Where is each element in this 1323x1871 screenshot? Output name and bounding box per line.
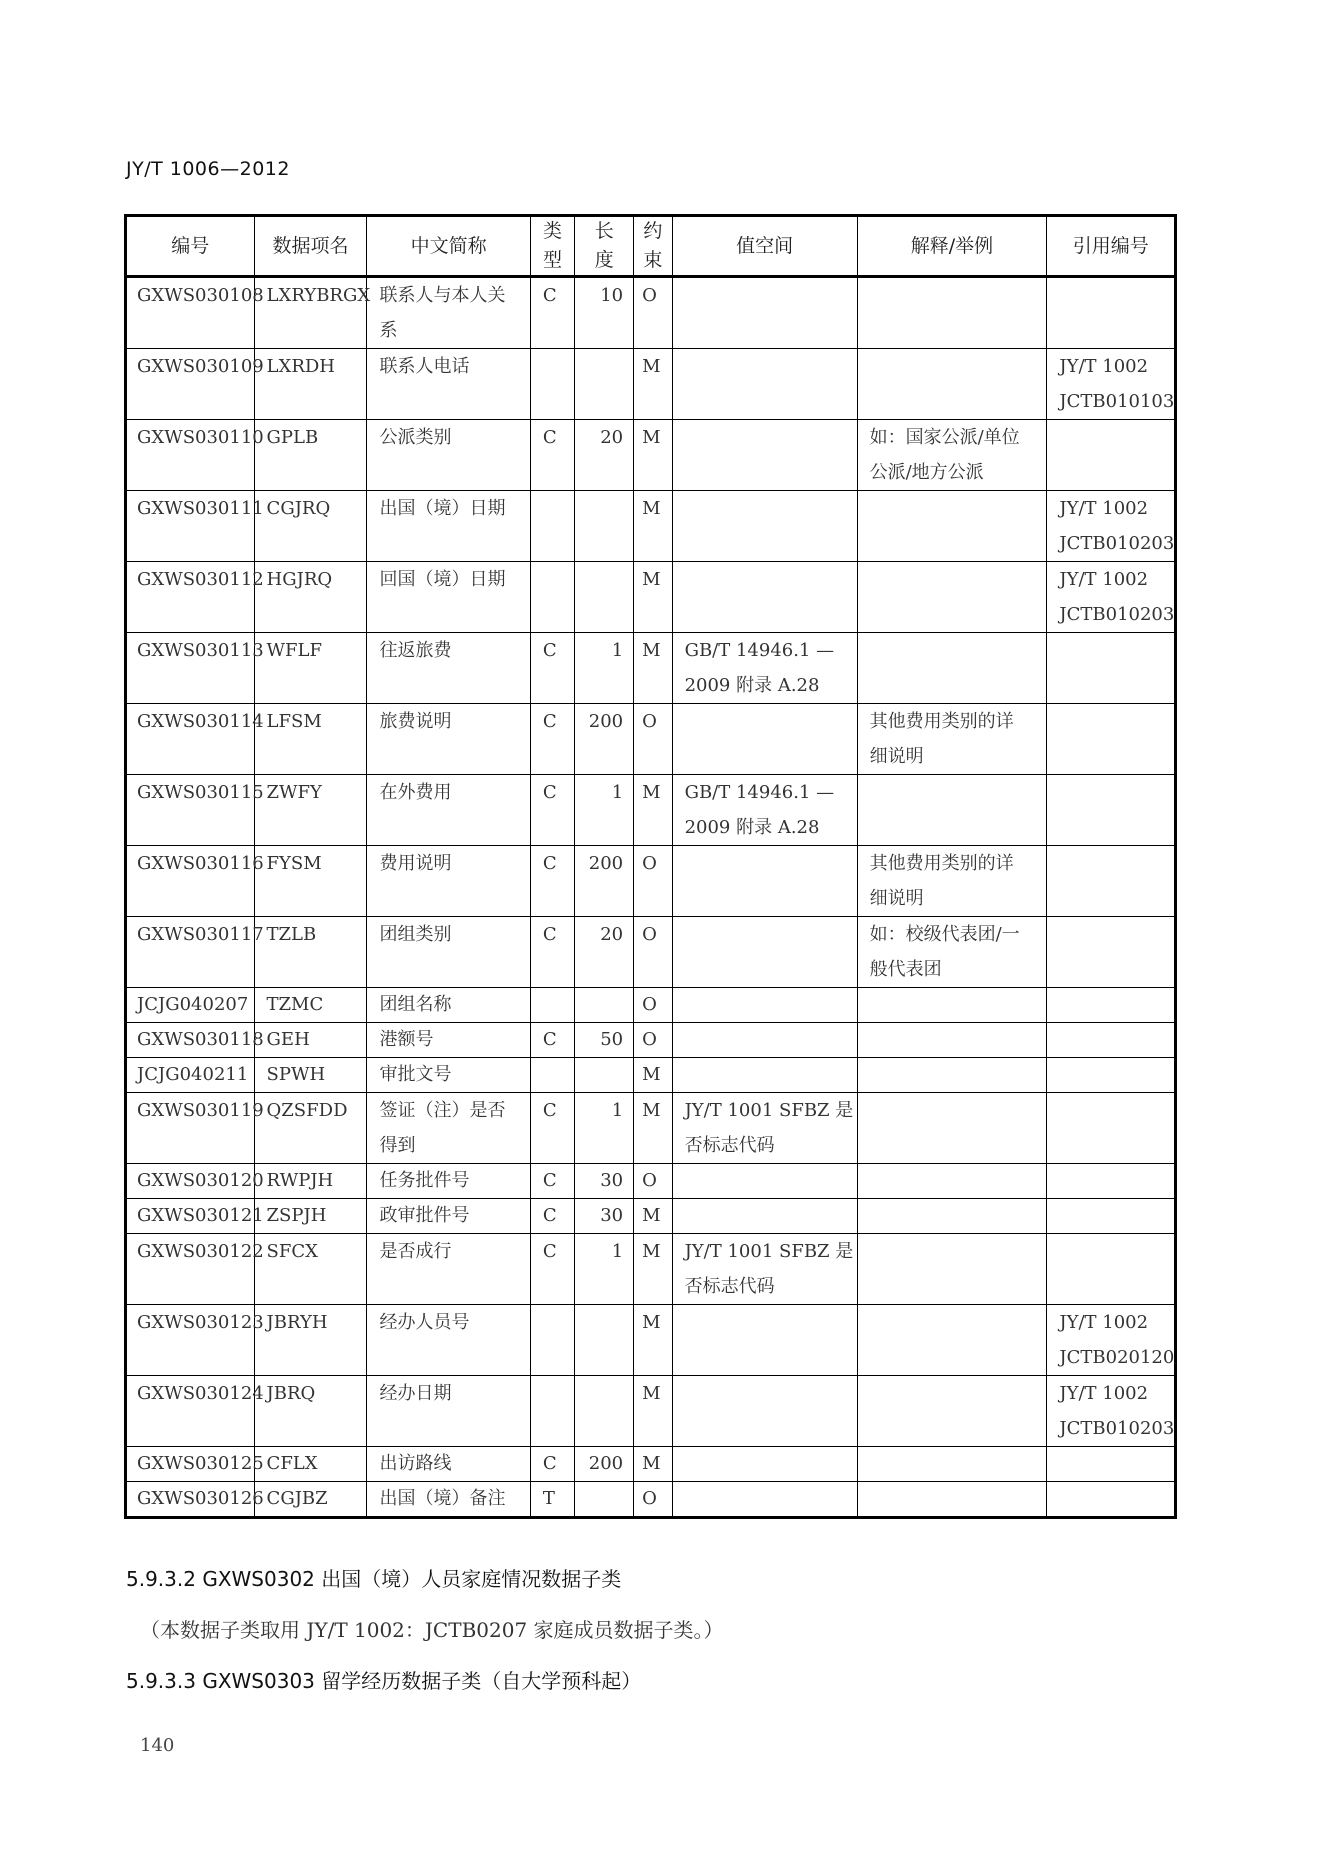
cell-constraint-text: M <box>642 1199 671 1232</box>
table-row: GXWS030115ZWFY在外费用C1MGB/T 14946.1 — 2009… <box>126 775 1176 846</box>
cell-item-name: SFCX <box>254 1234 367 1305</box>
cell-chinese-name: 在外费用 <box>367 775 530 846</box>
cell-length <box>575 562 634 633</box>
cell-type-text: C <box>543 1234 574 1269</box>
cell-code: GXWS030119 <box>126 1093 255 1164</box>
cell-explanation <box>857 775 1047 846</box>
cell-type-text: C <box>543 775 574 810</box>
table-row: GXWS030109LXRDH联系人电话MJY/T 1002 JCTB01010… <box>126 349 1176 420</box>
cell-type-text: C <box>543 1199 574 1232</box>
cell-length-text: 200 <box>575 704 623 739</box>
cell-reference <box>1047 1023 1176 1058</box>
cell-chinese-name-text: 费用说明 <box>379 846 529 881</box>
cell-code: GXWS030120 <box>126 1164 255 1199</box>
table-row: GXWS030108LXRYBRGX联系人与本人关 系C10O <box>126 277 1176 349</box>
cell-constraint: M <box>634 775 672 846</box>
cell-constraint: O <box>634 988 672 1023</box>
cell-value-space <box>672 420 857 491</box>
cell-constraint: O <box>634 277 672 349</box>
cell-reference: JY/T 1002 JCTB010103 <box>1047 349 1176 420</box>
cell-value-space: JY/T 1001 SFBZ 是 否标志代码 <box>672 1093 857 1164</box>
table-row: JCJG040211SPWH审批文号M <box>126 1058 1176 1093</box>
page-number: 140 <box>140 1735 174 1756</box>
table-row: GXWS030126CGJBZ出国（境）备注TO <box>126 1482 1176 1518</box>
cell-reference <box>1047 775 1176 846</box>
cell-chinese-name: 联系人与本人关 系 <box>367 277 530 349</box>
cell-item-name: RWPJH <box>254 1164 367 1199</box>
cell-code: GXWS030117 <box>126 917 255 988</box>
cell-item-name-text: LXRYBRGX <box>267 278 367 313</box>
cell-code: GXWS030125 <box>126 1447 255 1482</box>
cell-chinese-name: 出国（境）备注 <box>367 1482 530 1518</box>
cell-item-name: GEH <box>254 1023 367 1058</box>
cell-chinese-name-text: 联系人电话 <box>379 349 529 384</box>
cell-value-space <box>672 1164 857 1199</box>
cell-explanation <box>857 1482 1047 1518</box>
cell-chinese-name-text: 审批文号 <box>379 1058 529 1091</box>
cell-code-text: GXWS030121 <box>137 1199 254 1232</box>
cell-reference-text: JY/T 1002 JCTB010103 <box>1059 349 1174 419</box>
cell-chinese-name-text: 公派类别 <box>379 420 529 455</box>
cell-chinese-name-text: 旅费说明 <box>379 704 529 739</box>
cell-reference <box>1047 633 1176 704</box>
cell-type-text: C <box>543 1093 574 1128</box>
cell-constraint-text: M <box>642 1093 671 1128</box>
cell-constraint: O <box>634 1482 672 1518</box>
table-row: GXWS030110GPLB公派类别C20M如：国家公派/单位 公派/地方公派 <box>126 420 1176 491</box>
col-header-chinese-name: 中文简称 <box>367 216 530 277</box>
cell-reference-text: JY/T 1002 JCTB010203 <box>1059 1376 1174 1446</box>
cell-constraint: M <box>634 1234 672 1305</box>
cell-value-space: GB/T 14946.1 — 2009 附录 A.28 <box>672 633 857 704</box>
cell-item-name: ZWFY <box>254 775 367 846</box>
cell-value-space: JY/T 1001 SFBZ 是 否标志代码 <box>672 1234 857 1305</box>
cell-constraint: M <box>634 562 672 633</box>
cell-constraint: O <box>634 917 672 988</box>
cell-constraint-text: M <box>642 1058 671 1091</box>
cell-constraint: O <box>634 1023 672 1058</box>
cell-item-name: LXRDH <box>254 349 367 420</box>
cell-code-text: GXWS030113 <box>137 633 254 668</box>
cell-type-text: T <box>543 1482 574 1515</box>
cell-item-name-text: WFLF <box>267 633 367 668</box>
cell-constraint: O <box>634 1164 672 1199</box>
cell-value-space <box>672 917 857 988</box>
cell-value-space-text: GB/T 14946.1 — 2009 附录 A.28 <box>685 775 857 845</box>
cell-item-name: LFSM <box>254 704 367 775</box>
cell-length: 1 <box>575 1093 634 1164</box>
cell-reference <box>1047 1164 1176 1199</box>
cell-code-text: GXWS030116 <box>137 846 254 881</box>
cell-length: 200 <box>575 846 634 917</box>
cell-value-space <box>672 277 857 349</box>
col-header-code: 编号 <box>126 216 255 277</box>
cell-chinese-name-text: 往返旅费 <box>379 633 529 668</box>
cell-value-space <box>672 846 857 917</box>
col-header-reference: 引用编号 <box>1047 216 1176 277</box>
cell-code-text: GXWS030114 <box>137 704 254 739</box>
cell-length: 20 <box>575 420 634 491</box>
cell-length-text: 1 <box>575 633 623 668</box>
cell-constraint-text: M <box>642 491 671 526</box>
cell-item-name: LXRYBRGX <box>254 277 367 349</box>
cell-item-name-text: QZSFDD <box>267 1093 367 1128</box>
table-row: GXWS030118GEH港额号C50O <box>126 1023 1176 1058</box>
cell-constraint-text: O <box>642 846 671 881</box>
cell-item-name: ZSPJH <box>254 1199 367 1234</box>
cell-code-text: GXWS030117 <box>137 917 254 952</box>
cell-constraint-text: O <box>642 988 671 1021</box>
cell-type: C <box>530 633 574 704</box>
cell-item-name: TZLB <box>254 917 367 988</box>
cell-type: C <box>530 1164 574 1199</box>
cell-type <box>530 562 574 633</box>
cell-explanation <box>857 633 1047 704</box>
cell-length-text: 1 <box>575 775 623 810</box>
cell-code: GXWS030112 <box>126 562 255 633</box>
cell-type <box>530 349 574 420</box>
cell-explanation-text: 其他费用类别的详 细说明 <box>870 704 1047 774</box>
cell-chinese-name: 费用说明 <box>367 846 530 917</box>
cell-length: 200 <box>575 704 634 775</box>
cell-code: GXWS030122 <box>126 1234 255 1305</box>
cell-length <box>575 349 634 420</box>
cell-type: C <box>530 1234 574 1305</box>
cell-type-text: C <box>543 1023 574 1056</box>
cell-code: GXWS030115 <box>126 775 255 846</box>
cell-length: 30 <box>575 1164 634 1199</box>
cell-reference <box>1047 917 1176 988</box>
cell-value-space: GB/T 14946.1 — 2009 附录 A.28 <box>672 775 857 846</box>
cell-reference <box>1047 988 1176 1023</box>
cell-chinese-name-text: 签证（注）是否 得到 <box>379 1093 529 1163</box>
table-row: JCJG040207TZMC团组名称O <box>126 988 1176 1023</box>
cell-item-name-text: RWPJH <box>267 1164 367 1197</box>
cell-reference <box>1047 277 1176 349</box>
cell-item-name-text: GPLB <box>267 420 367 455</box>
cell-chinese-name: 政审批件号 <box>367 1199 530 1234</box>
cell-explanation <box>857 1234 1047 1305</box>
cell-length: 1 <box>575 633 634 704</box>
cell-reference-text: JY/T 1002 JCTB010203 <box>1059 491 1174 561</box>
cell-chinese-name-text: 出国（境）日期 <box>379 491 529 526</box>
cell-code-text: GXWS030126 <box>137 1482 254 1515</box>
cell-code-text: GXWS030123 <box>137 1305 254 1340</box>
cell-length-text: 20 <box>575 420 623 455</box>
cell-item-name: CGJRQ <box>254 491 367 562</box>
cell-value-space-text: GB/T 14946.1 — 2009 附录 A.28 <box>685 633 857 703</box>
cell-value-space <box>672 1305 857 1376</box>
cell-value-space <box>672 491 857 562</box>
cell-constraint: M <box>634 1199 672 1234</box>
cell-chinese-name-text: 出访路线 <box>379 1447 529 1480</box>
cell-chinese-name: 港额号 <box>367 1023 530 1058</box>
cell-code: JCJG040207 <box>126 988 255 1023</box>
col-header-item-name: 数据项名 <box>254 216 367 277</box>
cell-chinese-name: 联系人电话 <box>367 349 530 420</box>
cell-chinese-name: 团组类别 <box>367 917 530 988</box>
cell-item-name: QZSFDD <box>254 1093 367 1164</box>
cell-chinese-name-text: 港额号 <box>379 1023 529 1056</box>
cell-type: C <box>530 1023 574 1058</box>
cell-chinese-name: 公派类别 <box>367 420 530 491</box>
cell-value-space <box>672 349 857 420</box>
cell-type: C <box>530 1199 574 1234</box>
col-header-explanation: 解释/举例 <box>857 216 1047 277</box>
cell-code: GXWS030124 <box>126 1376 255 1447</box>
cell-explanation: 如：校级代表团/一 般代表团 <box>857 917 1047 988</box>
cell-item-name: SPWH <box>254 1058 367 1093</box>
cell-code-text: GXWS030111 <box>137 491 254 526</box>
cell-chinese-name-text: 回国（境）日期 <box>379 562 529 597</box>
table-row: GXWS030121ZSPJH政审批件号C30M <box>126 1199 1176 1234</box>
section-heading-5-9-3-3: 5.9.3.3 GXWS0303 留学经历数据子类（自大学预科起） <box>126 1665 641 1694</box>
cell-length: 10 <box>575 277 634 349</box>
cell-explanation <box>857 349 1047 420</box>
cell-reference <box>1047 1447 1176 1482</box>
cell-chinese-name-text: 出国（境）备注 <box>379 1482 529 1515</box>
cell-code-text: GXWS030124 <box>137 1376 254 1411</box>
cell-length <box>575 491 634 562</box>
cell-value-space <box>672 1023 857 1058</box>
cell-code-text: GXWS030109 <box>137 349 254 384</box>
cell-item-name: HGJRQ <box>254 562 367 633</box>
cell-type: C <box>530 846 574 917</box>
cell-item-name-text: CGJRQ <box>267 491 367 526</box>
cell-item-name-text: HGJRQ <box>267 562 367 597</box>
cell-item-name: FYSM <box>254 846 367 917</box>
cell-code: GXWS030113 <box>126 633 255 704</box>
cell-item-name-text: LXRDH <box>267 349 367 384</box>
table-row: GXWS030113WFLF往返旅费C1MGB/T 14946.1 — 2009… <box>126 633 1176 704</box>
table-row: GXWS030111CGJRQ出国（境）日期MJY/T 1002 JCTB010… <box>126 491 1176 562</box>
cell-chinese-name: 回国（境）日期 <box>367 562 530 633</box>
cell-item-name-text: CGJBZ <box>267 1482 367 1515</box>
cell-explanation <box>857 562 1047 633</box>
cell-code: GXWS030114 <box>126 704 255 775</box>
cell-reference <box>1047 420 1176 491</box>
cell-length: 200 <box>575 1447 634 1482</box>
cell-constraint-text: M <box>642 1376 671 1411</box>
cell-chinese-name-text: 团组名称 <box>379 988 529 1021</box>
cell-length-text: 30 <box>575 1164 623 1197</box>
cell-item-name-text: ZSPJH <box>267 1199 367 1232</box>
cell-constraint: M <box>634 1376 672 1447</box>
cell-reference-text: JY/T 1002 JCTB010203 <box>1059 562 1174 632</box>
cell-reference: JY/T 1002 JCTB010203 <box>1047 562 1176 633</box>
cell-code: GXWS030118 <box>126 1023 255 1058</box>
cell-reference <box>1047 1234 1176 1305</box>
cell-length: 30 <box>575 1199 634 1234</box>
cell-item-name-text: TZLB <box>267 917 367 952</box>
cell-chinese-name: 往返旅费 <box>367 633 530 704</box>
cell-code: GXWS030111 <box>126 491 255 562</box>
cell-explanation <box>857 1164 1047 1199</box>
section-heading-5-9-3-2: 5.9.3.2 GXWS0302 出国（境）人员家庭情况数据子类 <box>126 1563 621 1592</box>
col-header-value-space: 值空间 <box>672 216 857 277</box>
cell-code-text: GXWS030119 <box>137 1093 254 1128</box>
cell-constraint-text: M <box>642 1305 671 1340</box>
cell-explanation: 其他费用类别的详 细说明 <box>857 704 1047 775</box>
cell-constraint-text: M <box>642 1447 671 1480</box>
cell-type: C <box>530 704 574 775</box>
cell-length-text: 200 <box>575 846 623 881</box>
cell-explanation <box>857 1199 1047 1234</box>
cell-constraint-text: M <box>642 775 671 810</box>
cell-item-name: WFLF <box>254 633 367 704</box>
cell-type: C <box>530 775 574 846</box>
cell-constraint-text: O <box>642 1164 671 1197</box>
cell-length <box>575 1482 634 1518</box>
cell-chinese-name: 旅费说明 <box>367 704 530 775</box>
cell-chinese-name: 签证（注）是否 得到 <box>367 1093 530 1164</box>
cell-item-name-text: TZMC <box>267 988 367 1021</box>
cell-chinese-name: 经办人员号 <box>367 1305 530 1376</box>
cell-value-space <box>672 562 857 633</box>
cell-chinese-name: 出访路线 <box>367 1447 530 1482</box>
cell-type-text: C <box>543 278 574 313</box>
col-header-constraint: 约 束 <box>634 216 672 277</box>
cell-type-text: C <box>543 1164 574 1197</box>
cell-type <box>530 1376 574 1447</box>
cell-constraint: M <box>634 1305 672 1376</box>
cell-value-space <box>672 1376 857 1447</box>
cell-constraint: M <box>634 1447 672 1482</box>
cell-code-text: GXWS030120 <box>137 1164 254 1197</box>
cell-value-space <box>672 1058 857 1093</box>
cell-code-text: GXWS030125 <box>137 1447 254 1480</box>
cell-constraint-text: M <box>642 349 671 384</box>
cell-code-text: JCJG040207 <box>137 988 254 1021</box>
cell-code: GXWS030109 <box>126 349 255 420</box>
cell-item-name-text: JBRYH <box>267 1305 367 1340</box>
cell-type: C <box>530 420 574 491</box>
cell-explanation <box>857 1376 1047 1447</box>
cell-value-space <box>672 704 857 775</box>
table-row: GXWS030116FYSM费用说明C200O其他费用类别的详 细说明 <box>126 846 1176 917</box>
cell-constraint-text: M <box>642 420 671 455</box>
cell-constraint: M <box>634 349 672 420</box>
cell-reference <box>1047 846 1176 917</box>
cell-code-text: GXWS030108 <box>137 278 254 313</box>
cell-constraint-text: M <box>642 633 671 668</box>
cell-code-text: GXWS030112 <box>137 562 254 597</box>
cell-item-name-text: SFCX <box>267 1234 367 1269</box>
cell-explanation-text: 如：国家公派/单位 公派/地方公派 <box>870 420 1047 490</box>
cell-explanation <box>857 1023 1047 1058</box>
cell-item-name: JBRYH <box>254 1305 367 1376</box>
cell-explanation-text: 如：校级代表团/一 般代表团 <box>870 917 1047 987</box>
cell-item-name-text: FYSM <box>267 846 367 881</box>
cell-chinese-name: 经办日期 <box>367 1376 530 1447</box>
cell-chinese-name-text: 经办日期 <box>379 1376 529 1411</box>
cell-constraint-text: M <box>642 562 671 597</box>
cell-explanation: 如：国家公派/单位 公派/地方公派 <box>857 420 1047 491</box>
data-item-table: 编号 数据项名 中文简称 类 型 长 度 约 束 值空间 解释/举例 引用编号 … <box>124 214 1177 1519</box>
cell-code-text: JCJG040211 <box>137 1058 254 1091</box>
table-row: GXWS030122SFCX是否成行C1MJY/T 1001 SFBZ 是 否标… <box>126 1234 1176 1305</box>
cell-value-space-text: JY/T 1001 SFBZ 是 否标志代码 <box>685 1093 857 1163</box>
cell-length-text: 1 <box>575 1234 623 1269</box>
col-header-length: 长 度 <box>575 216 634 277</box>
cell-type: C <box>530 917 574 988</box>
cell-length: 20 <box>575 917 634 988</box>
cell-explanation <box>857 1305 1047 1376</box>
cell-constraint: M <box>634 491 672 562</box>
cell-reference <box>1047 1199 1176 1234</box>
cell-chinese-name-text: 在外费用 <box>379 775 529 810</box>
cell-constraint-text: M <box>642 1234 671 1269</box>
cell-item-name-text: SPWH <box>267 1058 367 1091</box>
cell-item-name-text: CFLX <box>267 1447 367 1480</box>
cell-constraint: M <box>634 420 672 491</box>
cell-length-text: 50 <box>575 1023 623 1056</box>
cell-type-text: C <box>543 1447 574 1480</box>
cell-reference: JY/T 1002 JCTB010203 <box>1047 1376 1176 1447</box>
cell-chinese-name: 是否成行 <box>367 1234 530 1305</box>
cell-length: 1 <box>575 1234 634 1305</box>
cell-length <box>575 1058 634 1093</box>
cell-length-text: 10 <box>575 278 623 313</box>
cell-explanation <box>857 988 1047 1023</box>
cell-explanation <box>857 1093 1047 1164</box>
cell-type: C <box>530 1447 574 1482</box>
cell-length: 1 <box>575 775 634 846</box>
cell-code: GXWS030108 <box>126 277 255 349</box>
cell-item-name: CGJBZ <box>254 1482 367 1518</box>
cell-chinese-name: 审批文号 <box>367 1058 530 1093</box>
table-row: GXWS030112HGJRQ回国（境）日期MJY/T 1002 JCTB010… <box>126 562 1176 633</box>
cell-value-space-text: JY/T 1001 SFBZ 是 否标志代码 <box>685 1234 857 1304</box>
cell-chinese-name-text: 政审批件号 <box>379 1199 529 1232</box>
cell-item-name-text: JBRQ <box>267 1376 367 1411</box>
cell-explanation: 其他费用类别的详 细说明 <box>857 846 1047 917</box>
cell-constraint-text: O <box>642 704 671 739</box>
cell-constraint: M <box>634 633 672 704</box>
cell-constraint: M <box>634 1058 672 1093</box>
cell-value-space <box>672 1482 857 1518</box>
table-row: GXWS030124JBRQ经办日期MJY/T 1002 JCTB010203 <box>126 1376 1176 1447</box>
cell-explanation <box>857 491 1047 562</box>
table-row: GXWS030125CFLX出访路线C200M <box>126 1447 1176 1482</box>
cell-explanation <box>857 1447 1047 1482</box>
cell-code-text: GXWS030115 <box>137 775 254 810</box>
table-row: GXWS030119QZSFDD签证（注）是否 得到C1MJY/T 1001 S… <box>126 1093 1176 1164</box>
cell-item-name: TZMC <box>254 988 367 1023</box>
cell-chinese-name: 团组名称 <box>367 988 530 1023</box>
cell-type-text: C <box>543 846 574 881</box>
cell-chinese-name-text: 经办人员号 <box>379 1305 529 1340</box>
cell-length-text: 20 <box>575 917 623 952</box>
cell-chinese-name: 出国（境）日期 <box>367 491 530 562</box>
cell-type-text: C <box>543 633 574 668</box>
cell-reference: JY/T 1002 JCTB020120 <box>1047 1305 1176 1376</box>
cell-code-text: GXWS030110 <box>137 420 254 455</box>
cell-chinese-name-text: 是否成行 <box>379 1234 529 1269</box>
cell-explanation <box>857 1058 1047 1093</box>
cell-length <box>575 1376 634 1447</box>
cell-code: JCJG040211 <box>126 1058 255 1093</box>
table-row: GXWS030117TZLB团组类别C20O如：校级代表团/一 般代表团 <box>126 917 1176 988</box>
cell-code: GXWS030110 <box>126 420 255 491</box>
cell-constraint-text: O <box>642 1482 671 1515</box>
cell-explanation <box>857 277 1047 349</box>
cell-constraint-text: O <box>642 917 671 952</box>
cell-value-space <box>672 1199 857 1234</box>
cell-reference <box>1047 1058 1176 1093</box>
cell-item-name: JBRQ <box>254 1376 367 1447</box>
cell-length-text: 30 <box>575 1199 623 1232</box>
